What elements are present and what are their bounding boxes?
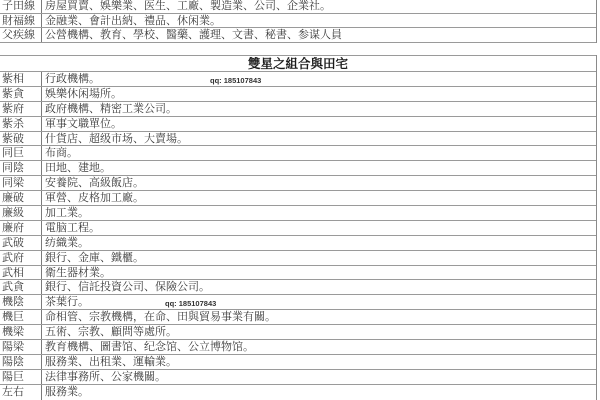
table-row: 陽陰 服務業、出租業、運輸業。 — [0, 355, 596, 370]
row-key: 紫杀 — [0, 117, 42, 131]
table-row: 同巨 布商。 — [0, 146, 596, 161]
row-value: 茶葉行。 qq: 185107843 — [42, 295, 596, 309]
row-key: 左右 — [0, 385, 42, 400]
row-key: 武破 — [0, 236, 42, 250]
row-value: 公營機構、教育、學校、醫藥、護理、文書、秘書、参谋人員 — [42, 28, 596, 42]
table-row: 機梁 五術、宗教、顧問等處所。 — [0, 325, 596, 340]
career-line-table: 子田線 房屋買賣、娛樂業、医生、工廠、製造業、公司、企業社。 財福線 金融業、會… — [0, 0, 597, 43]
table-row: 廉破 軍營、皮格加工廠。 — [0, 191, 596, 206]
row-value: 纺織業。 — [42, 236, 596, 250]
row-value: 銀行、金庫、鐵櫃。 — [42, 251, 596, 265]
row-key: 陽梁 — [0, 340, 42, 354]
table-row: 同陰 田地、建地。 — [0, 161, 596, 176]
row-value: 服務業、出租業、運輸業。 — [42, 355, 596, 369]
row-value: 服務業。 — [42, 385, 596, 400]
table-row: 武貪 銀行、信託投資公司、保險公司。 — [0, 280, 596, 295]
table-row: 武相 衛生器材業。 — [0, 266, 596, 281]
table-row: 武破 纺織業。 — [0, 236, 596, 251]
row-value: 金融業、會計出納、禮品、休闲業。 — [42, 14, 596, 28]
row-key: 廉府 — [0, 221, 42, 235]
row-key: 紫相 — [0, 72, 42, 86]
table-row: 陽梁 教育機構、圖書馆、纪念馆、公立博物馆。 — [0, 340, 596, 355]
row-value: 什貨店、超级市场、大賣場。 — [42, 132, 596, 146]
table-row: 機陰 茶葉行。 qq: 185107843 — [0, 295, 596, 310]
row-key: 財福線 — [0, 14, 42, 28]
table-row: 同梁 安養院、高級飯店。 — [0, 176, 596, 191]
row-value: 電脑工程。 — [42, 221, 596, 235]
row-key: 武府 — [0, 251, 42, 265]
row-value: 教育機構、圖書馆、纪念馆、公立博物馆。 — [42, 340, 596, 354]
row-key: 陽巨 — [0, 370, 42, 384]
row-key: 廉破 — [0, 191, 42, 205]
table-row: 紫貪 娛樂休闲場所。 — [0, 87, 596, 102]
row-value-text: 茶葉行。 — [45, 295, 89, 308]
table-row: 紫府 政府機構、精密工業公司。 — [0, 102, 596, 117]
table-row: 財福線 金融業、會計出納、禮品、休闲業。 — [0, 14, 596, 29]
table-row: 廉府 電脑工程。 — [0, 221, 596, 236]
row-value-text: 行政機構。 — [45, 72, 100, 85]
watermark: qq: 185107843 — [165, 297, 216, 309]
table-row: 機巨 命相管、宗教機構，在命、田與貿易事業有關。 — [0, 310, 596, 325]
section-title: 雙星之組合與田宅 — [0, 55, 596, 72]
row-key: 陽陰 — [0, 355, 42, 369]
row-value: 布商。 — [42, 146, 596, 160]
row-value: 法律事務所、公家機關。 — [42, 370, 596, 384]
table-row: 紫破 什貨店、超级市场、大賣場。 — [0, 132, 596, 147]
double-star-table: 雙星之組合與田宅 紫相 行政機構。 qq: 185107843 紫貪 娛樂休闲場… — [0, 55, 597, 400]
row-value: 政府機構、精密工業公司。 — [42, 102, 596, 116]
row-key: 武貪 — [0, 280, 42, 294]
row-key: 紫府 — [0, 102, 42, 116]
row-key: 父疾線 — [0, 28, 42, 42]
row-key: 機陰 — [0, 295, 42, 309]
table-row: 紫杀 軍事文職單位。 — [0, 117, 596, 132]
row-value: 田地、建地。 — [42, 161, 596, 175]
row-value: 衛生器材業。 — [42, 266, 596, 280]
row-key: 廉級 — [0, 206, 42, 220]
table-row: 左右 服務業。 — [0, 385, 596, 400]
row-key: 同巨 — [0, 146, 42, 160]
row-value: 安養院、高級飯店。 — [42, 176, 596, 190]
row-value: 銀行、信託投資公司、保險公司。 — [42, 280, 596, 294]
row-value: 軍營、皮格加工廠。 — [42, 191, 596, 205]
table-row: 廉級 加工業。 — [0, 206, 596, 221]
row-key: 機巨 — [0, 310, 42, 324]
row-value: 軍事文職單位。 — [42, 117, 596, 131]
row-value: 房屋買賣、娛樂業、医生、工廠、製造業、公司、企業社。 — [42, 0, 596, 13]
table-row: 父疾線 公營機構、教育、學校、醫藥、護理、文書、秘書、参谋人員 — [0, 28, 596, 43]
table-row: 紫相 行政機構。 qq: 185107843 — [0, 72, 596, 87]
row-key: 紫貪 — [0, 87, 42, 101]
row-value: 五術、宗教、顧問等處所。 — [42, 325, 596, 339]
row-key: 機梁 — [0, 325, 42, 339]
table-row: 子田線 房屋買賣、娛樂業、医生、工廠、製造業、公司、企業社。 — [0, 0, 596, 14]
watermark: qq: 185107843 — [210, 74, 261, 86]
row-value: 加工業。 — [42, 206, 596, 220]
row-key: 紫破 — [0, 132, 42, 146]
row-key: 子田線 — [0, 0, 42, 13]
row-key: 同梁 — [0, 176, 42, 190]
row-value: 命相管、宗教機構，在命、田與貿易事業有關。 — [42, 310, 596, 324]
row-value: 娛樂休闲場所。 — [42, 87, 596, 101]
row-key: 同陰 — [0, 161, 42, 175]
table-row: 武府 銀行、金庫、鐵櫃。 — [0, 251, 596, 266]
table-row: 陽巨 法律事務所、公家機關。 — [0, 370, 596, 385]
row-value: 行政機構。 qq: 185107843 — [42, 72, 596, 86]
row-key: 武相 — [0, 266, 42, 280]
